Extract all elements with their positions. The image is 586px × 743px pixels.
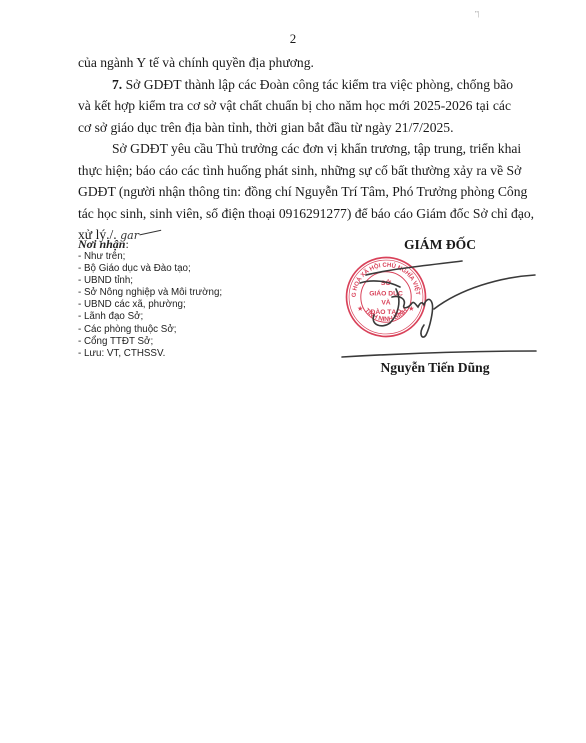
item-number: 7.	[112, 77, 122, 92]
recipient-item: - UBND các xã, phường;	[78, 299, 222, 311]
recipient-item: - Lãnh đạo Sở;	[78, 311, 222, 323]
item-7-paragraph: 7. Sở GDĐT thành lập các Đoàn công tác k…	[78, 74, 511, 139]
recipients-title: Nơi nhận:	[78, 237, 222, 251]
signature-block: GIÁM ĐỐC CỘNG HOÀ XÃ HỘI CHỦ NGHĨA VIỆT …	[330, 233, 540, 383]
request-paragraph: Sở GDĐT yêu cầu Thủ trưởng các đơn vị kh…	[78, 138, 511, 247]
recipients-list: Nơi nhận: - Như trên; - Bộ Giáo dục và Đ…	[78, 237, 222, 360]
recipient-item: - Lưu: VT, CTHSSV.	[78, 348, 222, 360]
text-line: của ngành Y tế và chính quyền địa phương…	[78, 52, 511, 74]
recipient-item: - Bộ Giáo dục và Đào tạo;	[78, 263, 222, 275]
text-line: Sở GDĐT yêu cầu Thủ trưởng các đơn vị kh…	[78, 138, 511, 160]
recipient-item: - Các phòng thuộc Sở;	[78, 324, 222, 336]
signer-name: Nguyễn Tiến Dũng	[330, 360, 540, 376]
text-line: và kết hợp kiểm tra cơ sở vật chất chuẩn…	[78, 95, 511, 117]
recipient-item: - UBND tỉnh;	[78, 275, 222, 287]
paragraph-continuation: của ngành Y tế và chính quyền địa phương…	[78, 52, 511, 74]
page-number: 2	[0, 31, 586, 47]
text-line: cơ sở giáo dục trên địa bàn tỉnh, thời g…	[78, 117, 511, 139]
recipient-item: - Cổng TTĐT Sở;	[78, 336, 222, 348]
text-line: tác học sinh, sinh viên, số điện thoại 0…	[78, 203, 511, 225]
recipient-item: - Sở Nông nghiệp và Môi trường;	[78, 287, 222, 299]
text-fragment: Sở GDĐT thành lập các Đoàn công tác kiểm…	[122, 77, 513, 92]
handwritten-signature-icon	[330, 243, 540, 363]
text-line: GDĐT (người nhận thông tin: đồng chí Ngu…	[78, 181, 511, 203]
text-line: thực hiện; báo cáo các tình huống phát s…	[78, 160, 511, 182]
scan-mark: "|	[475, 10, 479, 18]
recipient-item: - Như trên;	[78, 251, 222, 263]
document-body: của ngành Y tế và chính quyền địa phương…	[78, 52, 511, 247]
text-line: 7. Sở GDĐT thành lập các Đoàn công tác k…	[78, 74, 511, 96]
